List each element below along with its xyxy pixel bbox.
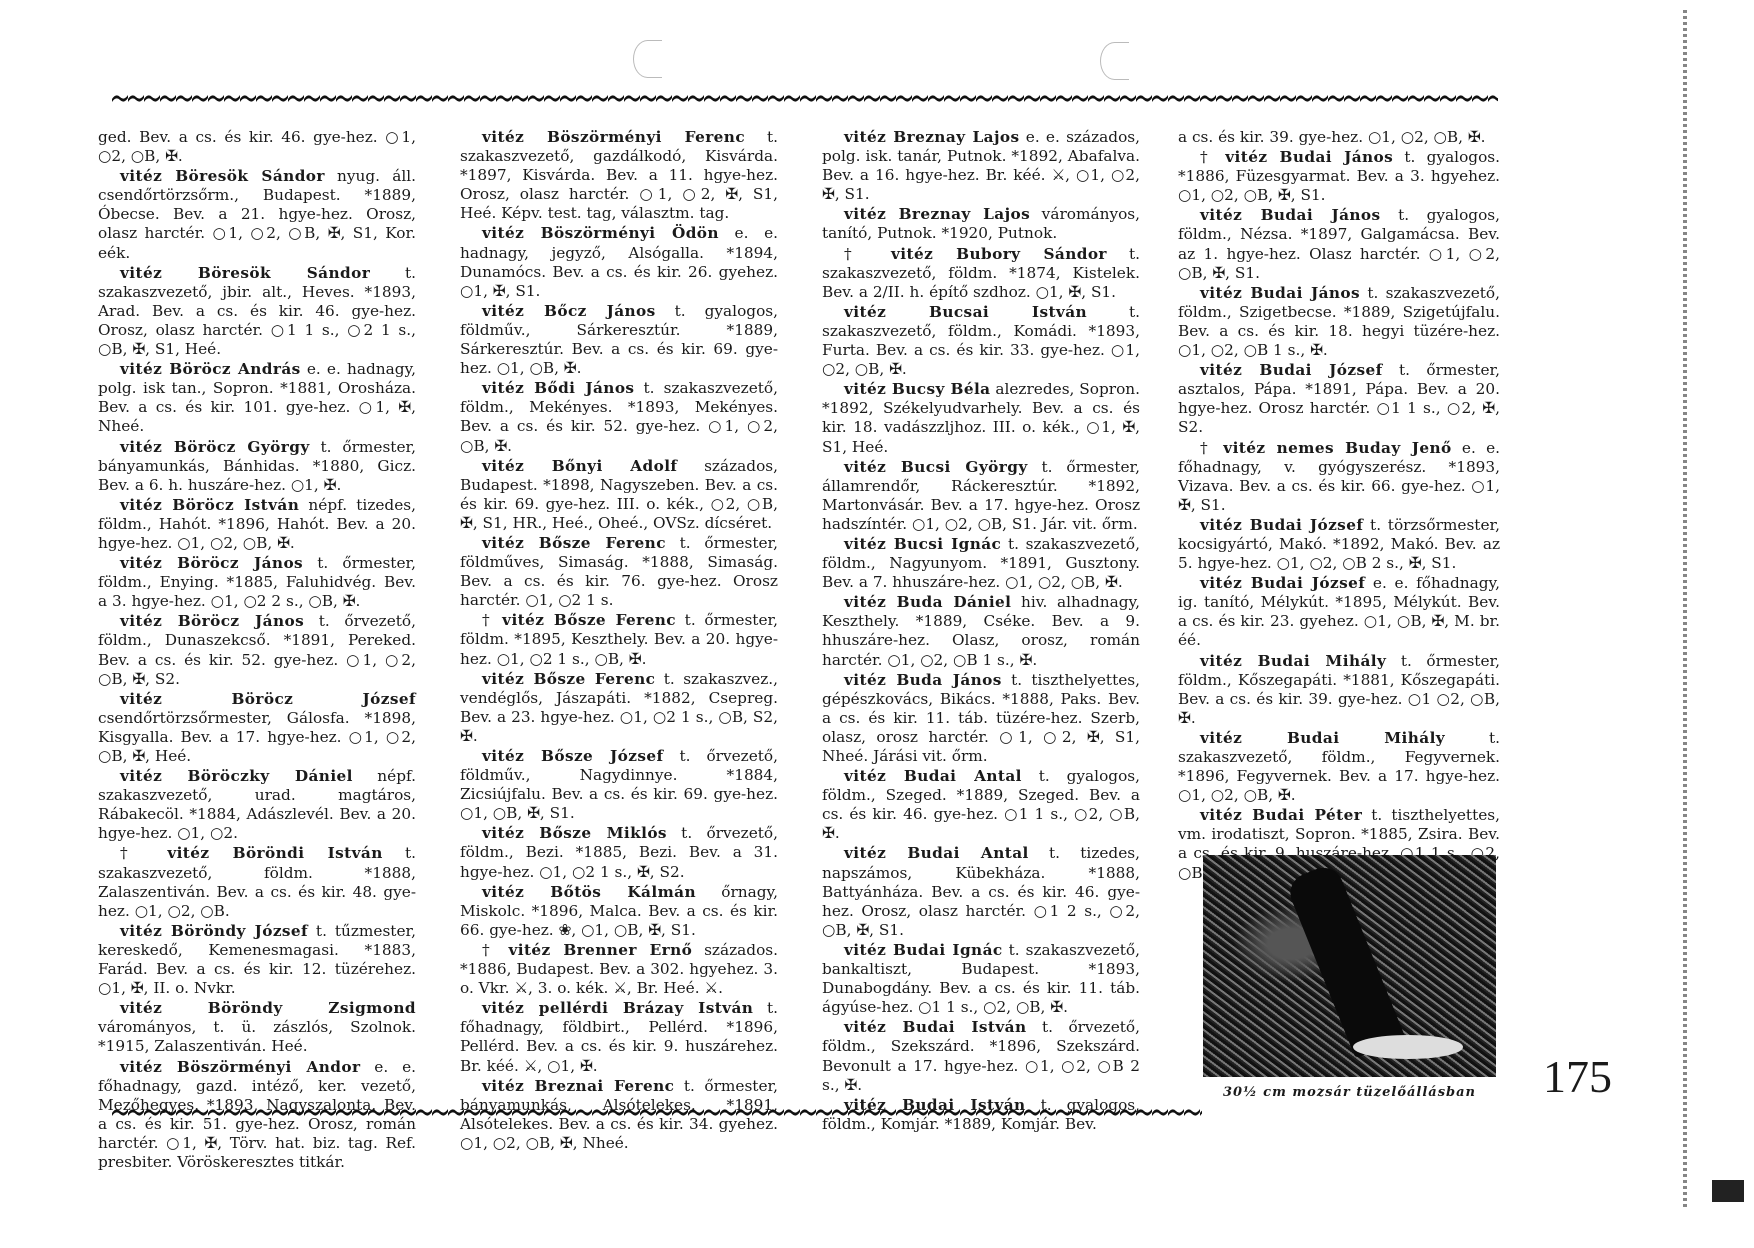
entry-name: vitéz Bősze Miklós bbox=[482, 824, 667, 842]
entry-name: vitéz Budai Antal bbox=[844, 844, 1029, 862]
entry-name: vitéz Budai István bbox=[844, 1018, 1026, 1036]
entry-name: vitéz Bucsy Béla bbox=[844, 380, 991, 398]
directory-entry: vitéz Böröndy Zsigmond várományos, t. ü.… bbox=[98, 999, 416, 1056]
directory-entry: vitéz Böszörményi Ödön e. e. hadnagy, je… bbox=[460, 224, 778, 300]
deceased-mark: † bbox=[1200, 148, 1225, 166]
entry-text: ged. Bev. a cs. és kir. 46. gye-hez. ○1,… bbox=[98, 128, 416, 165]
entry-name: vitéz pellérdi Brázay István bbox=[482, 999, 753, 1017]
directory-entry: vitéz Bucsi György t. őrmester, államren… bbox=[822, 458, 1140, 534]
directory-entry: vitéz Bucsy Béla alezredes, Sopron. *189… bbox=[822, 380, 1140, 456]
entry-name: vitéz Budai József bbox=[1200, 574, 1365, 592]
deceased-mark: † bbox=[482, 611, 502, 629]
directory-entry: vitéz Budai József t. őrmester, asztalos… bbox=[1178, 361, 1500, 437]
entry-name: vitéz Böresök Sándor bbox=[120, 167, 325, 185]
directory-entry: vitéz Bősze Ferenc t. szakaszvez., vendé… bbox=[460, 670, 778, 746]
directory-entry: † vitéz Budai János t. gyalogos. *1886, … bbox=[1178, 148, 1500, 205]
directory-entry: vitéz Böröcz József csendőrtörzsőrmester… bbox=[98, 690, 416, 766]
entry-name: vitéz Böröczky Dániel bbox=[120, 767, 353, 785]
directory-entry: vitéz Breznay Lajos e. e. százados, polg… bbox=[822, 128, 1140, 204]
directory-entry: vitéz Buda János t. tiszthelyettes, gépé… bbox=[822, 671, 1140, 766]
photo-caption: 30½ cm mozsár tüzelőállásban bbox=[1203, 1085, 1496, 1100]
entry-name: vitéz Bősze József bbox=[482, 747, 663, 765]
entry-name: vitéz Bősze Ferenc bbox=[482, 670, 655, 688]
entry-name: vitéz Böröndi István bbox=[167, 844, 382, 862]
entry-name: vitéz Budai János bbox=[1200, 206, 1381, 224]
entry-name: vitéz Bubory Sándor bbox=[891, 245, 1107, 263]
directory-entry: vitéz Budai Mihály t. őrmester, földm., … bbox=[1178, 652, 1500, 728]
directory-entry: vitéz Budai Antal t. gyalogos, földm., S… bbox=[822, 767, 1140, 843]
entry-name: vitéz Bőnyi Adolf bbox=[482, 457, 677, 475]
entry-name: vitéz Böröcz József bbox=[120, 690, 416, 708]
directory-entry: vitéz Budai Mihály t. szakaszvezető, föl… bbox=[1178, 729, 1500, 805]
entry-text: várományos, t. ü. zászlós, Szolnok. *191… bbox=[98, 1018, 416, 1055]
directory-entry: vitéz Budai István t. gyalogos, földm., … bbox=[822, 1096, 1140, 1134]
directory-entry: vitéz Budai János t. gyalogos, földm., N… bbox=[1178, 206, 1500, 282]
entry-name: vitéz Böröcz András bbox=[120, 360, 301, 378]
deceased-mark: † bbox=[120, 844, 167, 862]
directory-entry: vitéz Böröcz István népf. tizedes, földm… bbox=[98, 496, 416, 553]
entry-name: vitéz Böresök Sándor bbox=[120, 264, 370, 282]
entry-name: vitéz Böröndy Zsigmond bbox=[120, 999, 416, 1017]
entry-name: vitéz Bőcz János bbox=[482, 302, 656, 320]
directory-entry: vitéz Böröndy József t. tűzmester, keres… bbox=[98, 922, 416, 998]
deceased-mark: † bbox=[482, 941, 508, 959]
directory-entry: vitéz Bődi János t. szakaszvezető, földm… bbox=[460, 379, 778, 455]
directory-entry: vitéz Böresök Sándor t. szakaszvezető, j… bbox=[98, 264, 416, 359]
entry-name: vitéz Brenner Ernő bbox=[508, 941, 692, 959]
entry-name: vitéz Budai József bbox=[1200, 361, 1383, 379]
directory-entry: † vitéz nemes Buday Jenő e. e. főhadnagy… bbox=[1178, 439, 1500, 515]
directory-entry: † vitéz Bősze Ferenc t. őrmester, földm.… bbox=[460, 611, 778, 668]
directory-entry: vitéz Böszörményi Ferenc t. szakaszvezet… bbox=[460, 128, 778, 223]
directory-entry: vitéz Budai István t. őrvezető, földm., … bbox=[822, 1018, 1140, 1094]
mortar-base-shape bbox=[1353, 1035, 1463, 1059]
directory-entry: vitéz Böröcz János t. őrmester, földm., … bbox=[98, 554, 416, 611]
entry-name: vitéz Budai István bbox=[844, 1096, 1026, 1114]
entry-name: vitéz Böröcz János bbox=[120, 554, 303, 572]
entry-name: vitéz Buda Dániel bbox=[844, 593, 1011, 611]
entry-name: vitéz Bősze Ferenc bbox=[482, 534, 666, 552]
entry-name: vitéz Böszörményi Ödön bbox=[482, 224, 719, 242]
entry-name: vitéz Bucsi György bbox=[844, 458, 1028, 476]
directory-entry: vitéz Budai Ignác t. szakaszvezető, bank… bbox=[822, 941, 1140, 1017]
entry-name: vitéz Böröndy József bbox=[120, 922, 308, 940]
entry-name: vitéz Bősze Ferenc bbox=[502, 611, 676, 629]
entry-name: vitéz Budai József bbox=[1200, 516, 1363, 534]
entry-name: vitéz nemes Buday Jenő bbox=[1223, 439, 1451, 457]
entry-name: vitéz Böszörményi Andor bbox=[120, 1058, 360, 1076]
punch-hole-right bbox=[1100, 42, 1129, 80]
text-column-3: vitéz Breznay Lajos e. e. százados, polg… bbox=[822, 128, 1140, 1135]
entry-name: vitéz Böszörményi Ferenc bbox=[482, 128, 745, 146]
mortar-photo bbox=[1203, 855, 1496, 1077]
entry-name: vitéz Bucsi Ignác bbox=[844, 535, 1001, 553]
directory-entry: vitéz Böröcz János t. őrvezető, földm., … bbox=[98, 612, 416, 688]
entry-name: vitéz Budai Péter bbox=[1200, 806, 1362, 824]
text-column-2: vitéz Böszörményi Ferenc t. szakaszvezet… bbox=[460, 128, 778, 1154]
directory-entry: vitéz Bőcz János t. gyalogos, földműv., … bbox=[460, 302, 778, 378]
directory-entry: † vitéz Brenner Ernő százados. *1886, Bu… bbox=[460, 941, 778, 998]
directory-entry: vitéz Bősze Ferenc t. őrmester, földműve… bbox=[460, 534, 778, 610]
directory-entry: a cs. és kir. 39. gye-hez. ○1, ○2, ○B, ✠… bbox=[1178, 128, 1500, 147]
directory-entry: vitéz Bőtös Kálmán őrnagy, Miskolc. *189… bbox=[460, 883, 778, 940]
scan-edge-artifact bbox=[1683, 10, 1687, 1210]
page-number: 175 bbox=[1543, 1050, 1612, 1103]
directory-entry: vitéz Böröcz György t. őrmester, bányamu… bbox=[98, 438, 416, 495]
entry-name: vitéz Bucsai István bbox=[844, 303, 1087, 321]
entry-name: vitéz Budai Mihály bbox=[1200, 729, 1445, 747]
directory-entry: vitéz Buda Dániel hiv. alhadnagy, Keszth… bbox=[822, 593, 1140, 669]
mortar-barrel-shape bbox=[1284, 862, 1405, 1058]
entry-name: vitéz Buda János bbox=[844, 671, 1002, 689]
directory-entry: vitéz Bucsai István t. szakaszvezető, fö… bbox=[822, 303, 1140, 379]
text-column-1: ged. Bev. a cs. és kir. 46. gye-hez. ○1,… bbox=[98, 128, 416, 1173]
entry-name: vitéz Bődi János bbox=[482, 379, 634, 397]
directory-entry: vitéz Breznay Lajos várományos, tanító, … bbox=[822, 205, 1140, 243]
entry-name: vitéz Budai Mihály bbox=[1200, 652, 1386, 670]
directory-entry: † vitéz Bubory Sándor t. szakaszvezető, … bbox=[822, 245, 1140, 302]
directory-entry: vitéz Bucsi Ignác t. szakaszvezető, föld… bbox=[822, 535, 1140, 592]
entry-name: vitéz Bőtös Kálmán bbox=[482, 883, 696, 901]
top-ornamental-rule bbox=[112, 88, 1498, 100]
directory-entry: vitéz Böresök Sándor nyug. áll. csendőrt… bbox=[98, 167, 416, 262]
deceased-mark: † bbox=[844, 245, 891, 263]
entry-name: vitéz Budai Antal bbox=[844, 767, 1022, 785]
directory-entry: ged. Bev. a cs. és kir. 46. gye-hez. ○1,… bbox=[98, 128, 416, 166]
directory-entry: vitéz Böszörményi Andor e. e. főhadnagy,… bbox=[98, 1058, 416, 1173]
entry-name: vitéz Budai János bbox=[1200, 284, 1360, 302]
entry-name: vitéz Böröcz György bbox=[120, 438, 310, 456]
entry-name: vitéz Breznay Lajos bbox=[844, 205, 1030, 223]
directory-entry: vitéz Budai József e. e. főhadnagy, ig. … bbox=[1178, 574, 1500, 650]
punch-hole-left bbox=[633, 40, 662, 78]
entry-name: vitéz Breznai Ferenc bbox=[482, 1077, 674, 1095]
directory-entry: vitéz Breznai Ferenc t. őrmester, bányam… bbox=[460, 1077, 778, 1153]
directory-entry: vitéz Bősze József t. őrvezető, földműv.… bbox=[460, 747, 778, 823]
directory-entry: vitéz Budai Antal t. tizedes, napszámos,… bbox=[822, 844, 1140, 939]
directory-entry: vitéz Bőnyi Adolf százados, Budapest. *1… bbox=[460, 457, 778, 533]
directory-entry: † vitéz Böröndi István t. szakaszvezető,… bbox=[98, 844, 416, 920]
directory-entry: vitéz Böröczky Dániel népf. szakaszvezet… bbox=[98, 767, 416, 843]
entry-name: vitéz Budai János bbox=[1225, 148, 1393, 166]
directory-entry: vitéz pellérdi Brázay István t. főhadnag… bbox=[460, 999, 778, 1075]
directory-entry: vitéz Bősze Miklós t. őrvezető, földm., … bbox=[460, 824, 778, 881]
text-column-4: a cs. és kir. 39. gye-hez. ○1, ○2, ○B, ✠… bbox=[1178, 128, 1500, 884]
directory-entry: vitéz Budai János t. szakaszvezető, föld… bbox=[1178, 284, 1500, 360]
scan-mark-artifact bbox=[1712, 1180, 1744, 1202]
deceased-mark: † bbox=[1200, 439, 1223, 457]
entry-name: vitéz Breznay Lajos bbox=[844, 128, 1020, 146]
entry-text: a cs. és kir. 39. gye-hez. ○1, ○2, ○B, ✠… bbox=[1178, 128, 1486, 146]
entry-name: vitéz Böröcz János bbox=[120, 612, 304, 630]
directory-entry: vitéz Böröcz András e. e. hadnagy, polg.… bbox=[98, 360, 416, 436]
entry-name: vitéz Budai Ignác bbox=[844, 941, 1003, 959]
entry-name: vitéz Böröcz István bbox=[120, 496, 299, 514]
entry-text: csendőrtörzsőrmester, Gálosfa. *1898, Ki… bbox=[98, 709, 416, 765]
directory-entry: vitéz Budai József t. törzsőrmester, koc… bbox=[1178, 516, 1500, 573]
